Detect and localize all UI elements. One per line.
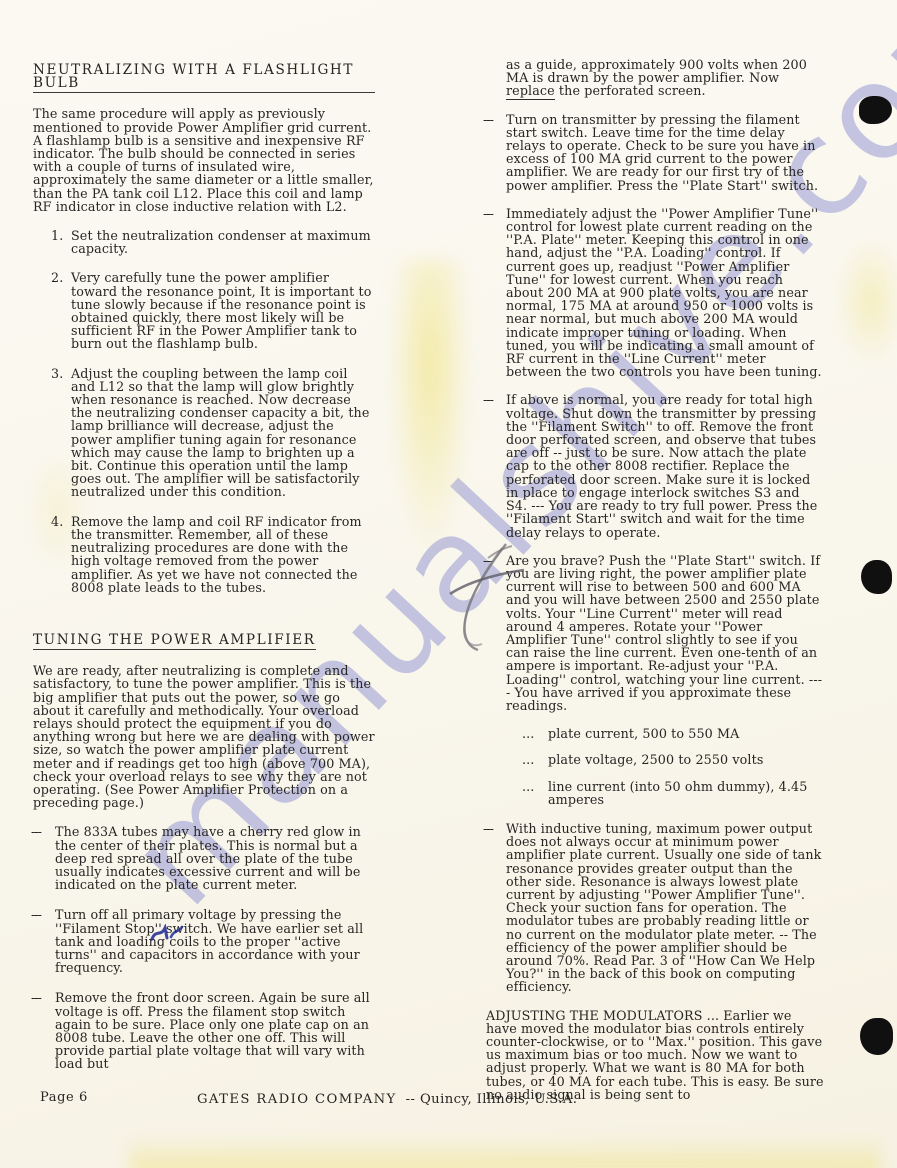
item-text: Very carefully tune the power amplifier …	[71, 270, 372, 351]
dash-bullet: --- With inductive tuning, maximum power…	[486, 822, 824, 994]
dash-bullet: --- The 833A tubes may have a cherry red…	[33, 825, 375, 891]
dash-bullet: --- Turn off all primary voltage by pres…	[33, 908, 375, 974]
bullet-text: Turn on transmitter by pressing the fila…	[506, 112, 818, 193]
dash-bullet: --- Turn on transmitter by pressing the …	[486, 113, 824, 192]
item-text: Set the neutralization condenser at maxi…	[71, 228, 371, 256]
ellipsis-marker: ...	[522, 753, 534, 766]
reading-text: line current (into 50 ohm dummy), 4.45 a…	[548, 779, 807, 807]
numbered-item: 2. Very carefully tune the power amplifi…	[33, 271, 375, 350]
reading-text: plate current, 500 to 550 MA	[548, 726, 739, 741]
item-text: Remove the lamp and coil RF indicator fr…	[71, 514, 362, 595]
numbered-item: 1. Set the neutralization condenser at m…	[33, 229, 375, 255]
adjusting-modulators-paragraph: ADJUSTING THE MODULATORS ... Earlier we …	[486, 1009, 824, 1101]
dash-marker: ---	[483, 393, 493, 406]
footer-company: GATES RADIO COMPANY	[197, 1092, 397, 1107]
paper-stain	[836, 236, 897, 366]
section-heading-neutralizing: NEUTRALIZING WITH A FLASHLIGHT BULB	[33, 64, 375, 93]
dash-marker: ---	[483, 113, 493, 126]
punch-hole	[859, 96, 892, 124]
dash-bullet: --- Remove the front door screen. Again …	[33, 991, 375, 1070]
reading-text: plate voltage, 2500 to 2550 volts	[548, 752, 763, 767]
pencil-scribble	[444, 538, 530, 660]
paragraph: The same procedure will apply as previou…	[33, 107, 375, 213]
section-heading-tuning: TUNING THE POWER AMPLIFIER	[33, 634, 375, 650]
reading-item: ... line current (into 50 ohm dummy), 4.…	[522, 780, 824, 806]
numbered-item: 4. Remove the lamp and coil RF indicator…	[33, 515, 375, 594]
reading-item: ... plate voltage, 2500 to 2550 volts	[522, 753, 824, 766]
paper-stain	[388, 260, 472, 560]
dash-marker: ---	[483, 822, 493, 835]
item-number: 3.	[51, 367, 63, 380]
bullet-text: The 833A tubes may have a cherry red glo…	[55, 824, 361, 892]
readings-list: ... plate current, 500 to 550 MA ... pla…	[522, 727, 824, 806]
bullet-text: With inductive tuning, maximum power out…	[506, 821, 821, 994]
item-number: 1.	[51, 229, 63, 242]
bullet-text: Turn off all primary voltage by pressing…	[55, 907, 363, 975]
dash-marker: ---	[31, 991, 41, 1004]
paragraph: We are ready, after neutralizing is comp…	[33, 664, 375, 809]
footer-line: GATES RADIO COMPANY-- Quincy, Illinois, …	[197, 1092, 577, 1107]
dash-bullet-are-you-brave: --- Are you brave? Push the ''Plate Star…	[486, 554, 824, 712]
manual-scan-page: manualshive.com NEUTRALIZING WITH A FLAS…	[0, 0, 897, 1168]
underlined-word: replace	[506, 83, 555, 100]
page-number: Page 6	[40, 1090, 88, 1105]
ellipsis-marker: ...	[522, 727, 534, 740]
item-text: Adjust the coupling between the lamp coi…	[71, 366, 369, 500]
dash-bullet: --- Immediately adjust the ''Power Ampli…	[486, 207, 824, 379]
dash-marker: ---	[31, 825, 41, 838]
bullet-text: Remove the front door screen. Again be s…	[55, 990, 370, 1071]
item-number: 2.	[51, 271, 63, 284]
paper-stain	[130, 1136, 880, 1168]
bullet-text: If above is normal, you are ready for to…	[506, 392, 817, 539]
item-number: 4.	[51, 515, 63, 528]
punch-hole	[861, 560, 892, 594]
paragraph-text: as a guide, approximately 900 volts when…	[506, 57, 807, 85]
right-column: as a guide, approximately 900 volts when…	[486, 58, 824, 1116]
footer-location: -- Quincy, Illinois, U.S.A.	[406, 1092, 578, 1107]
paragraph-text: the perforated screen.	[555, 83, 706, 98]
continued-paragraph: as a guide, approximately 900 volts when…	[486, 58, 824, 98]
punch-hole	[860, 1018, 893, 1055]
bullet-text: Are you brave? Push the ''Plate Start'' …	[506, 553, 822, 713]
dash-bullet: --- If above is normal, you are ready fo…	[486, 393, 824, 538]
bullet-text: Immediately adjust the ''Power Amplifier…	[506, 206, 822, 379]
left-column: NEUTRALIZING WITH A FLASHLIGHT BULB The …	[33, 64, 375, 1088]
reading-item: ... plate current, 500 to 550 MA	[522, 727, 824, 740]
ellipsis-marker: ...	[522, 780, 534, 793]
numbered-item: 3. Adjust the coupling between the lamp …	[33, 367, 375, 499]
dash-marker: ---	[31, 908, 41, 921]
ink-mark	[148, 924, 186, 944]
dash-marker: ---	[483, 207, 493, 220]
